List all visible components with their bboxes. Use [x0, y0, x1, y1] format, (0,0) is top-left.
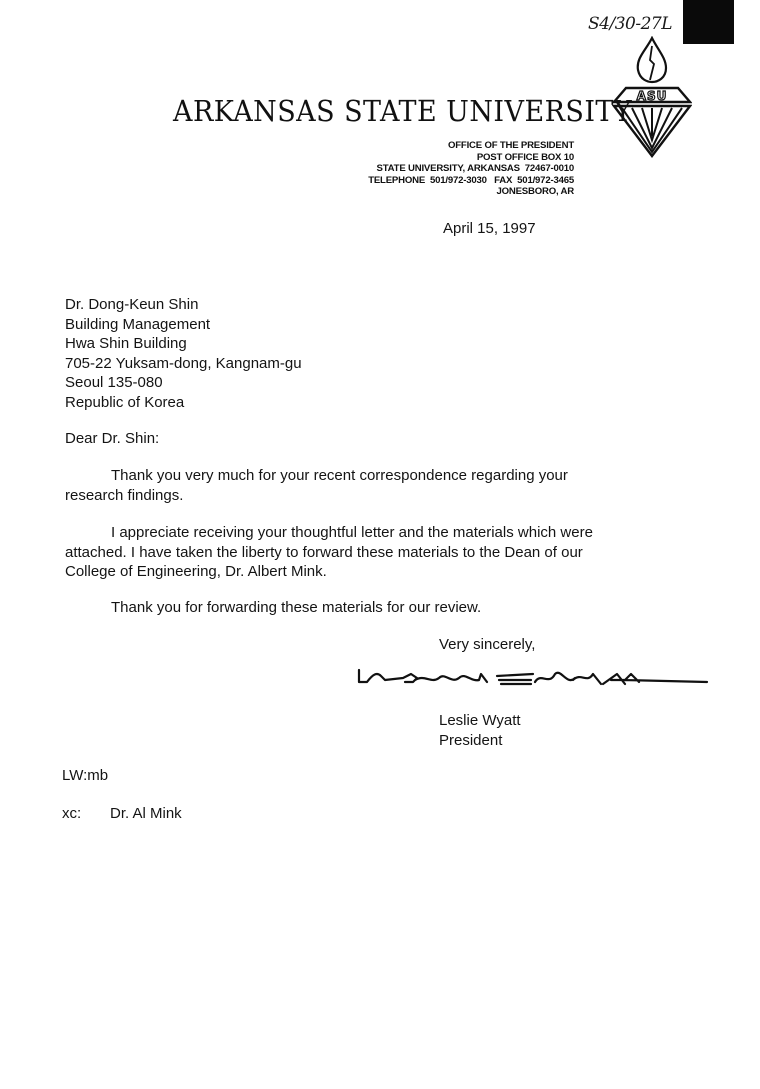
- letter-page: S4/30-27L ASU ARKANSAS STATE UNIVERSITY …: [0, 0, 760, 1089]
- office-address-block: OFFICE OF THE PRESIDENT POST OFFICE BOX …: [368, 140, 574, 198]
- body-paragraph-2: I appreciate receiving your thoughtful l…: [65, 523, 625, 582]
- signer-name: Leslie Wyatt: [439, 711, 521, 731]
- paragraph-text: I appreciate receiving your thoughtful l…: [65, 524, 593, 580]
- salutation: Dear Dr. Shin:: [65, 430, 159, 447]
- office-line: JONESBORO, AR: [368, 186, 574, 198]
- letter-date: April 15, 1997: [443, 220, 536, 237]
- svg-text:ASU: ASU: [637, 89, 668, 103]
- office-line: OFFICE OF THE PRESIDENT: [368, 140, 574, 152]
- university-name: ARKANSAS STATE UNIVERSITY: [173, 94, 632, 128]
- recipient-address: Dr. Dong-Keun Shin Building Management H…: [65, 295, 302, 412]
- address-line: Seoul 135-080: [65, 373, 302, 393]
- cc-recipient: Dr. Al Mink: [110, 805, 182, 822]
- body-paragraph-1: Thank you very much for your recent corr…: [65, 466, 625, 505]
- office-line: TELEPHONE 501/972-3030 FAX 501/972-3465: [368, 175, 574, 187]
- signer-block: Leslie Wyatt President: [439, 711, 521, 750]
- closing: Very sincerely,: [439, 636, 535, 653]
- reference-initials: LW:mb: [62, 767, 108, 784]
- carbon-copy-line: xc:Dr. Al Mink: [62, 805, 182, 822]
- cc-label: xc:: [62, 805, 110, 822]
- handwritten-file-note: S4/30-27L: [588, 14, 672, 34]
- office-line: POST OFFICE BOX 10: [368, 152, 574, 164]
- address-line: Hwa Shin Building: [65, 334, 302, 354]
- address-line: 705-22 Yuksam-dong, Kangnam-gu: [65, 354, 302, 374]
- address-line: Dr. Dong-Keun Shin: [65, 295, 302, 315]
- paragraph-text: Thank you for forwarding these materials…: [111, 599, 481, 616]
- signer-title: President: [439, 731, 521, 751]
- address-line: Building Management: [65, 315, 302, 335]
- body-paragraph-3: Thank you for forwarding these materials…: [65, 598, 625, 618]
- address-line: Republic of Korea: [65, 393, 302, 413]
- signature-icon: [355, 660, 710, 694]
- paragraph-text: Thank you very much for your recent corr…: [65, 467, 568, 504]
- office-line: STATE UNIVERSITY, ARKANSAS 72467-0010: [368, 163, 574, 175]
